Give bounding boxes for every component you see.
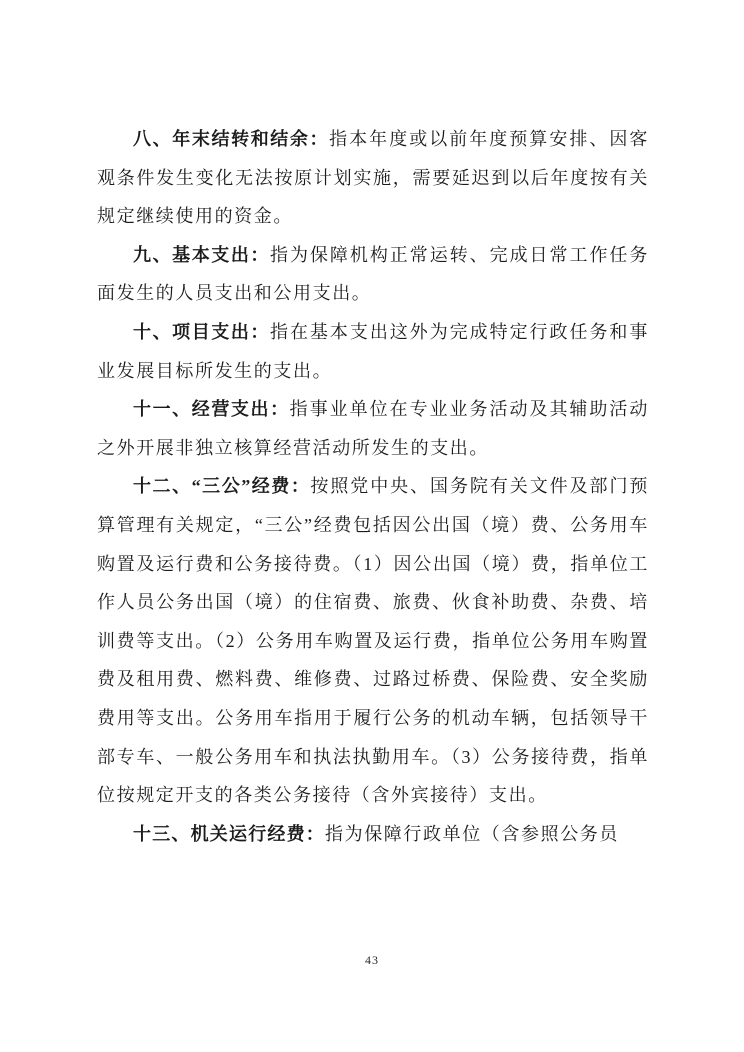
paragraph-heading: 十三、机关运行经费：: [133, 824, 325, 844]
paragraph-heading: 十、项目支出：: [133, 322, 270, 342]
paragraph-operating-expenditure: 十一、经营支出：指事业单位在专业业务活动及其辅助活动之外开展非独立核算经营活动所…: [97, 390, 649, 467]
document-body: 八、年末结转和结余：指本年度或以前年度预算安排、因客观条件发生变化无法按原计划实…: [97, 120, 649, 853]
paragraph-project-expenditure: 十、项目支出：指在基本支出这外为完成特定行政任务和事业发展目标所发生的支出。: [97, 313, 649, 390]
paragraph-basic-expenditure: 九、基本支出：指为保障机构正常运转、完成日常工作任务面发生的人员支出和公用支出。: [97, 236, 649, 313]
paragraph-heading: 九、基本支出：: [133, 245, 270, 265]
paragraph-heading: 十一、经营支出：: [133, 399, 290, 419]
paragraph-agency-operating-funds: 十三、机关运行经费：指为保障行政单位（含参照公务员: [97, 815, 649, 854]
paragraph-body: 按照党中央、国务院有关文件及部门预算管理有关规定，“三公”经费包括因公出国（境）…: [97, 476, 649, 805]
paragraph-heading: 十二、“三公”经费：: [133, 476, 310, 496]
page-number: 43: [0, 953, 744, 968]
paragraph-heading: 八、年末结转和结余：: [133, 129, 329, 149]
paragraph-body: 指为保障行政单位（含参照公务员: [325, 824, 619, 844]
paragraph-yearend-carryover: 八、年末结转和结余：指本年度或以前年度预算安排、因客观条件发生变化无法按原计划实…: [97, 120, 649, 236]
paragraph-three-public-funds: 十二、“三公”经费：按照党中央、国务院有关文件及部门预算管理有关规定，“三公”经…: [97, 467, 649, 814]
document-page: 八、年末结转和结余：指本年度或以前年度预算安排、因客观条件发生变化无法按原计划实…: [0, 0, 744, 1052]
